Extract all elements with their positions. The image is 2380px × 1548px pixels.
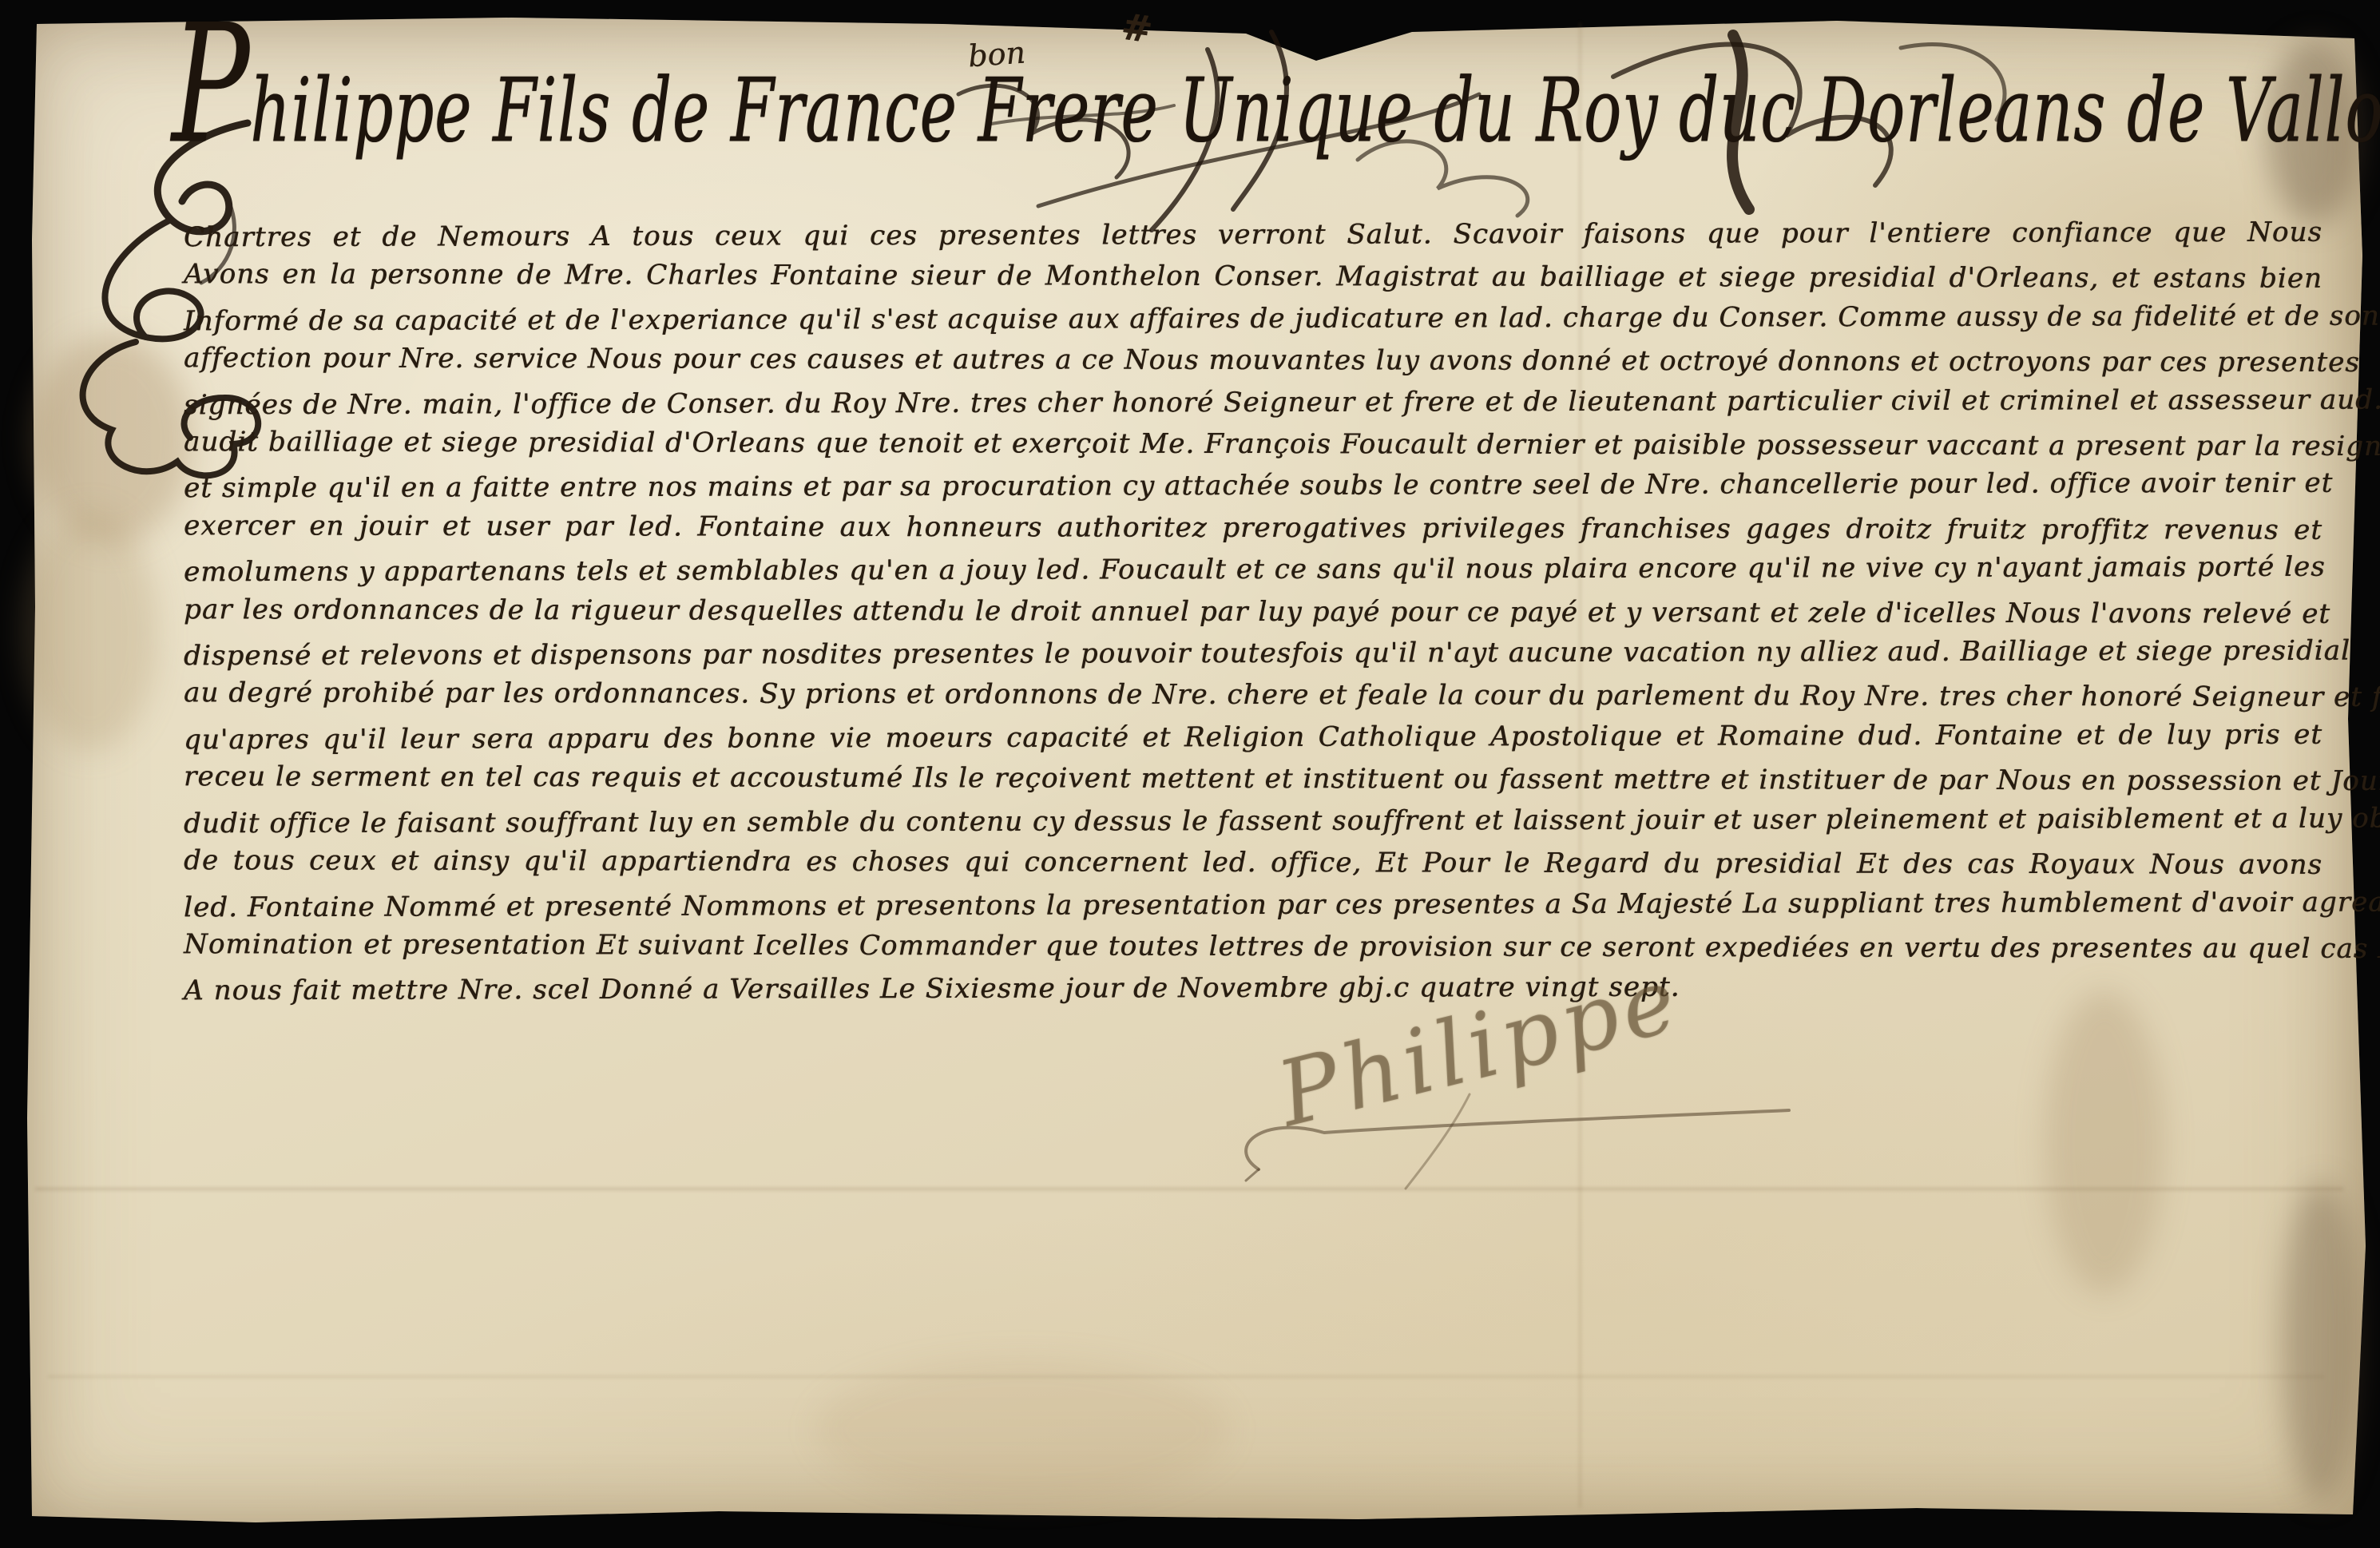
body-line: audit bailliage et siege presidial d'Orl…	[184, 421, 2322, 467]
body-line: Avons en la personne de Mre. Charles Fon…	[184, 254, 2322, 300]
fold-crease-horizontal	[35, 1188, 2343, 1190]
body-line: par les ordonnances de la rigueur desque…	[184, 589, 2322, 635]
signature-flourish-icon	[1230, 1086, 1837, 1198]
body-line: led. Fontaine Nommé et presenté Nommons …	[184, 881, 2322, 928]
body-line: signées de Nre. main, l'office de Conser…	[184, 379, 2322, 426]
body-line: Chartres et de Nemours A tous ceux qui c…	[184, 212, 2322, 259]
body-line: receu le serment en tel cas requis et ac…	[184, 756, 2322, 802]
body-line: qu'apres qu'il leur sera apparu des bonn…	[184, 714, 2322, 761]
body-line-dateline: A nous fait mettre Nre. scel Donné a Ver…	[184, 965, 2322, 1012]
body-line: de tous ceux et ainsy qu'il appartiendra…	[184, 839, 2322, 886]
body-line: dispensé et relevons et dispensons par n…	[184, 630, 2322, 677]
body-line: au degré prohibé par les ordonnances. Sy…	[184, 673, 2322, 719]
page-background: # bon Philippe Fils de France Frere Uniq…	[0, 0, 2380, 1548]
stain-left-lower	[22, 511, 158, 751]
fold-crease-horizontal-lower	[48, 1375, 2324, 1378]
body-line: Nomination et presentation Et suivant Ic…	[184, 923, 2322, 970]
stain-bottom-center	[815, 1358, 1230, 1502]
stain-right-edge	[2281, 1182, 2361, 1502]
body-line: dudit office le faisant souffrant luy en…	[184, 797, 2322, 844]
body-line: affection pour Nre. service Nous pour ce…	[184, 337, 2322, 383]
body-line: et simple qu'il en a faitte entre nos ma…	[184, 462, 2322, 510]
stain-fold-band	[2045, 990, 2164, 1294]
body-line: emolumens y appartenans tels et semblabl…	[184, 546, 2322, 593]
manuscript-heading: Philippe Fils de France Frere Unique du …	[172, 26, 2298, 196]
manuscript-body: Chartres et de Nemours A tous ceux qui c…	[184, 214, 2322, 1010]
body-line: exercer en jouir et user par led. Fontai…	[184, 505, 2322, 551]
body-line: Informé de sa capacité et de l'experianc…	[184, 296, 2322, 343]
